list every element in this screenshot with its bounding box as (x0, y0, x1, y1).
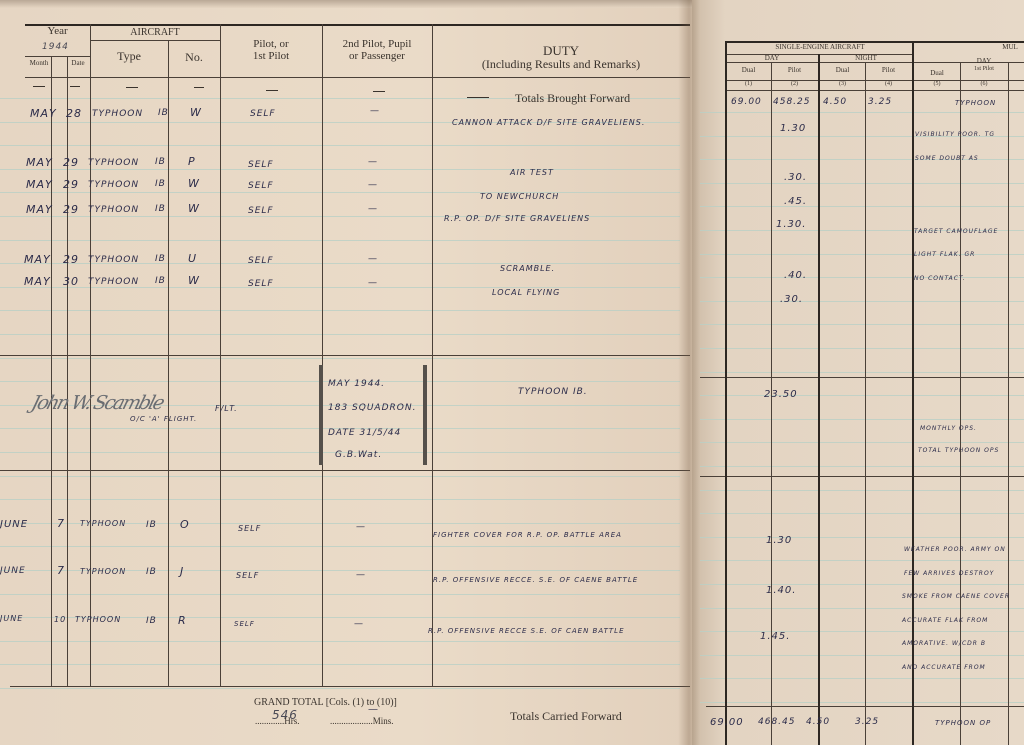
pilot-label: Pilot, or1st Pilot (220, 38, 322, 62)
page-top-shadow (0, 0, 692, 8)
entry-type: TYPHOON (80, 519, 126, 528)
ruled-line (0, 499, 680, 500)
right-col-divider-3 (865, 62, 866, 745)
mins-label-text: Mins. (373, 716, 394, 726)
entry-second-pilot: — (368, 278, 378, 288)
right-col-divider-2 (818, 54, 820, 745)
right-summary-top (700, 377, 1024, 378)
year-label: Year (25, 25, 90, 37)
ruled-line (0, 476, 680, 477)
type-label: Type (90, 50, 168, 63)
entry-second-pilot: — (356, 522, 366, 532)
cf-pilot-day: 468.45 (758, 717, 796, 727)
entry-variant: IB (146, 616, 157, 626)
ruled-line (700, 537, 1024, 538)
entry-aircraft-no: W (188, 202, 200, 215)
ruled-line (0, 287, 680, 288)
ruled-line (0, 169, 680, 170)
entry-date: 29 (63, 253, 79, 266)
entry-type: TYPHOON (80, 567, 126, 576)
stamp-line-3: DATE 31/5/44 (328, 428, 401, 438)
ruled-line (0, 358, 680, 359)
entry-date: 7 (57, 517, 65, 530)
bf-remark: TYPHOON (955, 99, 996, 107)
entry-second-pilot: — (368, 180, 378, 190)
book-gutter (678, 0, 700, 745)
entry-variant: IB (155, 254, 166, 264)
entry-variant: IB (146, 567, 157, 577)
entry-aircraft-no: U (188, 252, 197, 265)
entry-month: JUNE (0, 519, 28, 530)
table-bottom-border (10, 686, 690, 687)
entry-pilot: SELF (248, 181, 274, 191)
entry-type: TYPHOON (88, 158, 139, 168)
remark-line: TARGET CAMOUFLAGE (914, 228, 998, 235)
entry-pilot: SELF (248, 206, 274, 216)
monthly-remark: TOTAL TYPHOON OPS (918, 447, 999, 454)
entry-variant: IB (155, 276, 166, 286)
ruled-line (700, 466, 1024, 467)
entry-aircraft-no: O (180, 518, 190, 531)
cf-pilot-night: 3.25 (855, 717, 879, 727)
entry-date: 30 (63, 275, 79, 288)
ruled-line (700, 206, 1024, 207)
signature-role: O/C 'A' FLIGHT. (130, 415, 197, 423)
entry-type: TYPHOON (88, 255, 139, 265)
col4-label: Pilot (865, 67, 912, 75)
second-pilot-label: 2nd Pilot, Pupilor Passenger (322, 38, 432, 62)
entry-pilot: SELF (248, 279, 274, 289)
col-divider-date (67, 56, 68, 686)
entry-duty: R.P. OFFENSIVE RECCE. S.E. OF CAENE BATT… (433, 576, 638, 584)
col-divider-second-pilot (432, 24, 433, 686)
col5-num: (5) (914, 81, 960, 88)
bf-dash-date (70, 86, 80, 87)
ruled-line (700, 112, 1024, 113)
entry-month: JUNE (0, 614, 23, 623)
entry-second-pilot: — (368, 254, 378, 264)
entry-duty: CANNON ATTACK D/F SITE GRAVELIENS. (452, 118, 645, 127)
pilot-label-line-1: Pilot, or (253, 38, 288, 50)
entry-type: TYPHOON (75, 615, 121, 624)
entry-date: 28 (66, 107, 82, 120)
ruled-line (0, 641, 680, 642)
entry-type: TYPHOON (88, 205, 139, 215)
right-col-divider-1 (771, 62, 772, 745)
june-remark-line: WEATHER POOR. ARMY ON (904, 546, 1006, 553)
june-pilot-time: 1.45. (760, 631, 790, 642)
entry-aircraft-no: J (180, 565, 184, 578)
ruled-line (700, 348, 1024, 349)
summary-bottom-border (0, 470, 690, 471)
entry-type: TYPHOON (88, 277, 139, 287)
ruled-line (0, 594, 680, 595)
entry-duty: TO NEWCHURCH (480, 192, 559, 201)
entry-pilot: SELF (248, 256, 274, 266)
ruled-line (700, 419, 1024, 420)
bf-dual-day: 69.00 (731, 97, 762, 107)
entry-second-pilot: — (368, 204, 378, 214)
stamp-line-2: 183 SQUADRON. (328, 403, 416, 413)
entry-second-pilot: — (356, 570, 366, 580)
entry-duty: R.P. OP. D/F SITE GRAVELIENS (444, 214, 590, 223)
duty-sub-label: (Including Results and Remarks) (432, 58, 690, 71)
hours-label: .............Hrs. (255, 716, 300, 726)
ruled-line (700, 655, 1024, 656)
cf-dual-night: 4.50 (806, 717, 830, 727)
ruled-line (700, 608, 1024, 609)
header-bottom-border (25, 77, 690, 78)
multi-day-label: DAY (960, 58, 1008, 66)
entry-aircraft-no: W (190, 106, 202, 119)
mins-label: ...................Mins. (330, 716, 394, 726)
ruled-line (700, 702, 1024, 703)
entry-month: MAY (24, 253, 51, 266)
bf-dash-no (194, 87, 204, 88)
june-remark-line: ACCURATE FLAK FROM (902, 617, 988, 624)
night-label: NIGHT (820, 55, 912, 63)
col5-label: Dual (914, 70, 960, 78)
col1-num: (1) (726, 81, 771, 88)
ruled-line (0, 546, 680, 547)
entry-month: MAY (24, 275, 51, 288)
june-remark-line: AMORATIVE. W/CDR B (902, 640, 986, 647)
col-divider-month (51, 56, 52, 686)
pilot-time: .40. (784, 270, 807, 281)
ruled-line (700, 372, 1024, 373)
pilot-time: 1.30. (776, 219, 806, 230)
entry-pilot: SELF (248, 160, 274, 170)
entry-date: 29 (63, 178, 79, 191)
bf-dash-type (126, 87, 138, 88)
entry-aircraft-no: P (188, 155, 196, 168)
ruled-line (0, 688, 680, 689)
col6-num: (6) (960, 81, 1008, 88)
entry-type: TYPHOON (88, 180, 139, 190)
right-summary-bottom (700, 476, 1024, 477)
ruled-line (700, 183, 1024, 184)
entry-month: MAY (26, 156, 53, 169)
pilot-time: .45. (784, 196, 807, 207)
pilot-time: .30. (784, 172, 807, 183)
grand-total-mins: — (368, 704, 379, 715)
ruled-line (700, 442, 1024, 443)
aircraft-summary: TYPHOON IB. (518, 387, 588, 397)
june-remark-line: AND ACCURATE FROM (902, 664, 986, 671)
entry-type: TYPHOON (92, 109, 143, 119)
remark-line: SOME DOUBT AS (915, 155, 979, 162)
aircraft-header-divider (90, 40, 220, 41)
summary-top-border (0, 355, 690, 356)
ruled-line (700, 395, 1024, 396)
ruled-line (700, 513, 1024, 514)
entry-second-pilot: — (354, 619, 364, 629)
pilot-time: 1.30 (780, 123, 806, 134)
hours-label-text: Hrs. (284, 716, 299, 726)
ruled-line (700, 490, 1024, 491)
right-col-border-left (725, 41, 727, 745)
entry-duty: SCRAMBLE. (500, 264, 555, 273)
ruled-line (0, 240, 680, 241)
entry-date: 7 (57, 564, 65, 577)
date-label: Date (67, 60, 89, 68)
entry-pilot: SELF (236, 571, 259, 580)
col1-label: Dual (726, 67, 771, 75)
col-divider-no (220, 24, 221, 686)
col6-label: 1st Pilot (960, 66, 1008, 73)
bf-dash-pilot (266, 90, 278, 91)
col-divider-year (90, 24, 91, 686)
entry-month: MAY (26, 203, 53, 216)
signature-rank: F/LT. (215, 404, 238, 413)
multi-engine-label: MUL (990, 44, 1024, 52)
entry-date: 29 (63, 203, 79, 216)
ruled-line (700, 584, 1024, 585)
ruled-line (700, 631, 1024, 632)
col4-num: (4) (865, 81, 912, 88)
col2-label: Pilot (771, 67, 818, 75)
no-label: No. (168, 51, 220, 64)
entry-date: 29 (63, 156, 79, 169)
signature: John W. Scamble (29, 392, 165, 414)
entry-variant: IB (146, 520, 157, 530)
month-label: Month (28, 60, 50, 68)
cf-remark: TYPHOON OP (935, 719, 991, 727)
entry-aircraft-no: R (178, 614, 187, 627)
year-value: 1944 (42, 42, 69, 52)
remark-line: VISIBILITY POOR. TG (915, 131, 995, 138)
remark-line: NO CONTACT. (914, 275, 966, 282)
ruled-line (700, 277, 1024, 278)
ruled-line (700, 254, 1024, 255)
stamp-line-1: MAY 1944. (328, 379, 385, 389)
col3-num: (3) (820, 81, 865, 88)
june-pilot-time: 1.30 (766, 535, 792, 546)
ruled-line (700, 324, 1024, 325)
entry-duty: FIGHTER COVER FOR R.P. OP. BATTLE AREA (433, 531, 622, 539)
ruled-line (0, 192, 680, 193)
col-divider-pilot (322, 24, 323, 686)
ruled-line (0, 145, 680, 146)
entry-variant: IB (155, 204, 166, 214)
entry-date: 10 (54, 615, 66, 624)
year-divider (25, 56, 90, 57)
totals-carried-forward-label: Totals Carried Forward (510, 709, 622, 724)
second-pilot-label-line-2: or Passenger (349, 50, 405, 62)
bf-pilot-day: 458.25 (773, 97, 811, 107)
col2-num: (2) (771, 81, 818, 88)
totals-brought-forward-label: Totals Brought Forward (515, 91, 630, 106)
col3-label: Dual (820, 67, 865, 75)
ruled-line (700, 301, 1024, 302)
aircraft-label: AIRCRAFT (90, 27, 220, 38)
entry-second-pilot: — (368, 157, 378, 167)
ruled-line (700, 678, 1024, 679)
stamp-initials: G.B.Wat. (335, 450, 382, 460)
entry-pilot: SELF (238, 524, 261, 533)
monthly-remark: MONTHLY OPS. (920, 425, 977, 432)
cf-dual-day: 69.00 (710, 717, 744, 728)
entry-aircraft-no: W (188, 274, 200, 287)
entry-duty: R.P. OFFENSIVE RECCE S.E. OF CAEN BATTLE (428, 627, 625, 635)
june-pilot-time: 1.40. (766, 585, 796, 596)
right-col-divider-6 (1008, 62, 1009, 745)
second-pilot-label-line-1: 2nd Pilot, Pupil (343, 38, 412, 50)
pilot-label-line-2: 1st Pilot (253, 50, 289, 62)
june-remark-line: SMOKE FROM CAENE COVER (902, 593, 1010, 600)
single-engine-label: SINGLE-ENGINE AIRCRAFT (726, 44, 914, 52)
entry-variant: IB (155, 179, 166, 189)
bf-dual-night: 4.50 (823, 97, 847, 107)
entry-variant: IB (158, 108, 169, 118)
entry-month: MAY (30, 107, 57, 120)
june-remark-line: FEW ARRIVES DESTROY (904, 570, 994, 577)
entry-month: JUNE (0, 566, 26, 576)
entry-month: MAY (26, 178, 53, 191)
bf-dash-second-pilot (373, 91, 385, 92)
right-header-top-border (726, 41, 1024, 43)
col-divider-type (168, 40, 169, 686)
monthly-total: 23.50 (764, 389, 798, 400)
entry-second-pilot: — (370, 106, 380, 116)
bf-dash-duty (467, 97, 489, 98)
entry-duty: AIR TEST (510, 168, 554, 177)
ruled-line (0, 310, 680, 311)
pilot-time: .30. (780, 294, 803, 305)
entry-duty: LOCAL FLYING (492, 288, 560, 297)
bf-dash-month (33, 86, 45, 87)
entry-variant: IB (155, 157, 166, 167)
ruled-line (0, 664, 680, 665)
ruled-line (0, 334, 680, 335)
header-top-border (25, 24, 690, 26)
remark-line: LIGHT FLAK. GR (914, 251, 975, 258)
ruled-line (700, 560, 1024, 561)
bf-pilot-night: 3.25 (868, 97, 892, 107)
entry-pilot: SELF (250, 109, 276, 119)
entry-aircraft-no: W (188, 177, 200, 190)
day-label: DAY (726, 55, 818, 63)
entry-pilot: SELF (234, 620, 255, 628)
